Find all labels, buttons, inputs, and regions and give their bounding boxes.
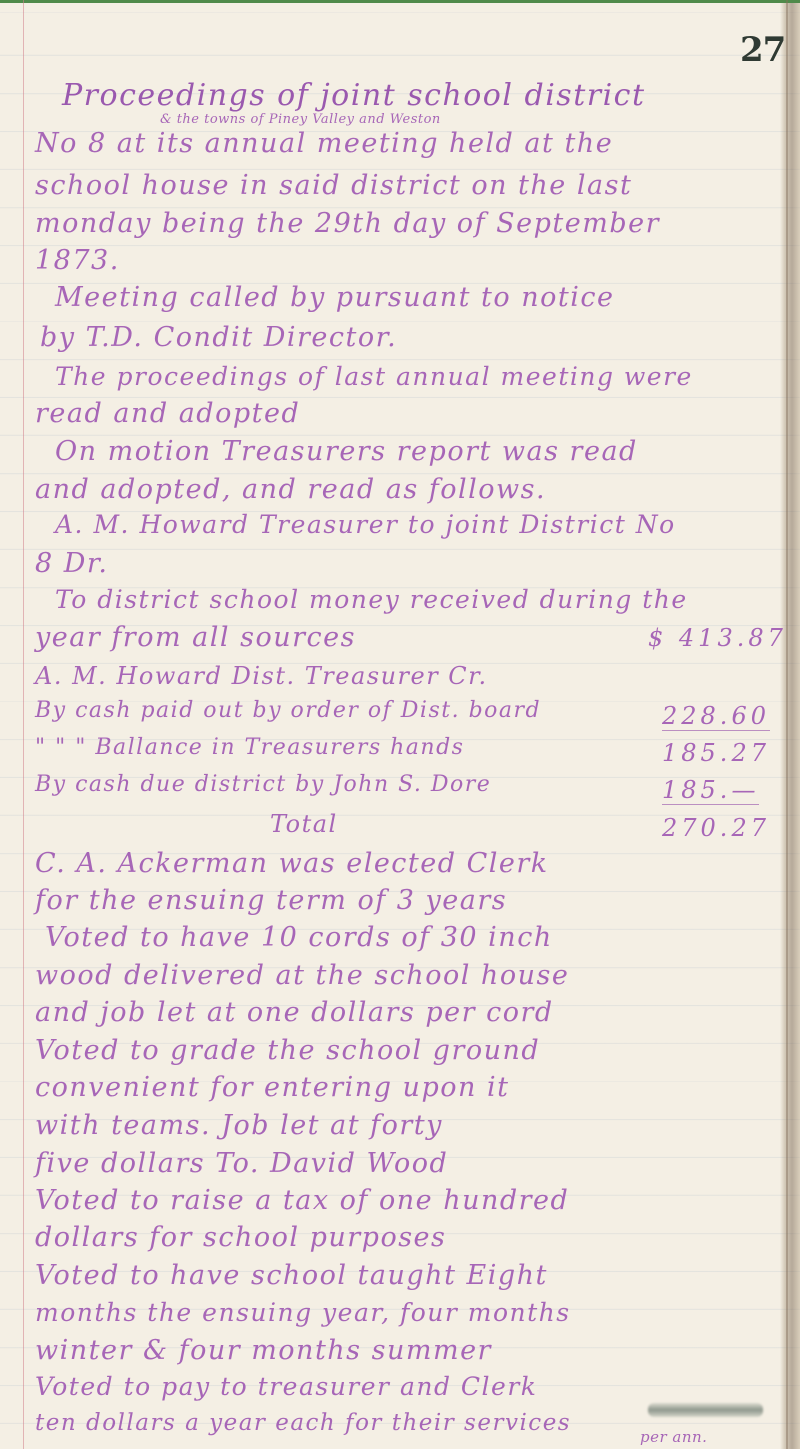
text-line: convenient for entering upon it — [35, 1072, 509, 1103]
credit-amount: 185.— — [662, 776, 759, 805]
text-line: year from all sources — [35, 622, 356, 653]
interlinear-insertion: per ann. — [640, 1428, 707, 1446]
text-line: Voted to pay to treasurer and Clerk — [35, 1372, 537, 1401]
text-line: winter & four months summer — [35, 1335, 492, 1366]
heading-line: Proceedings of joint school district — [62, 78, 646, 113]
text-line: By cash paid out by order of Dist. board — [35, 698, 541, 723]
text-line: A. M. Howard Treasurer to joint District… — [55, 510, 676, 539]
ink-smudge — [648, 1403, 763, 1417]
credit-amount: 185.27 — [662, 739, 770, 767]
text-line: school house in said district on the las… — [35, 170, 632, 201]
text-line: read and adopted — [35, 398, 300, 429]
text-line: No 8 at its annual meeting held at the — [35, 128, 613, 159]
text-line: Voted to have 10 cords of 30 inch — [45, 922, 553, 953]
year-line: 1873. — [35, 245, 120, 276]
margin-line — [23, 0, 24, 1449]
text-line: by T.D. Condit Director. — [40, 322, 397, 353]
text-line: Voted to grade the school ground — [35, 1035, 540, 1066]
debit-amount: $ 413.87 — [648, 624, 787, 652]
book-spine-edge — [786, 0, 788, 1449]
interlinear-insertion: & the towns of Piney Valley and Weston — [160, 112, 441, 127]
ledger-page: 27 Proceedings of joint school district … — [0, 0, 800, 1449]
text-line: wood delivered at the school house — [35, 960, 569, 991]
text-line: By cash due district by John S. Dore — [35, 772, 491, 797]
text-line: and job let at one dollars per cord — [35, 997, 554, 1028]
text-line: Meeting called by pursuant to notice — [55, 282, 614, 313]
text-line: To district school money received during… — [55, 585, 688, 614]
text-line: for the ensuing term of 3 years — [35, 885, 507, 916]
text-line: five dollars To. David Wood — [35, 1148, 448, 1179]
text-line: Voted to have school taught Eight — [35, 1260, 548, 1291]
text-line: On motion Treasurers report was read — [55, 436, 638, 467]
text-line: The proceedings of last annual meeting w… — [55, 362, 693, 391]
total-amount: 270.27 — [662, 814, 770, 842]
text-line: A. M. Howard Dist. Treasurer Cr. — [35, 662, 488, 690]
text-line: Voted to raise a tax of one hundred — [35, 1185, 569, 1216]
text-line: with teams. Job let at forty — [35, 1110, 443, 1141]
text-line: monday being the 29th day of September — [35, 208, 660, 239]
page-number: 27 — [740, 30, 785, 70]
text-line: ten dollars a year each for their servic… — [35, 1410, 571, 1436]
text-line: C. A. Ackerman was elected Clerk — [35, 848, 549, 879]
page-top-edge — [0, 0, 800, 3]
text-line: months the ensuing year, four months — [35, 1298, 571, 1327]
credit-amount: 228.60 — [662, 702, 770, 731]
text-line: and adopted, and read as follows. — [35, 474, 546, 505]
text-line: dollars for school purposes — [35, 1222, 446, 1253]
text-line: 8 Dr. — [35, 548, 108, 579]
text-line: " " " Ballance in Treasurers hands — [35, 735, 464, 760]
total-label: Total — [270, 810, 338, 838]
